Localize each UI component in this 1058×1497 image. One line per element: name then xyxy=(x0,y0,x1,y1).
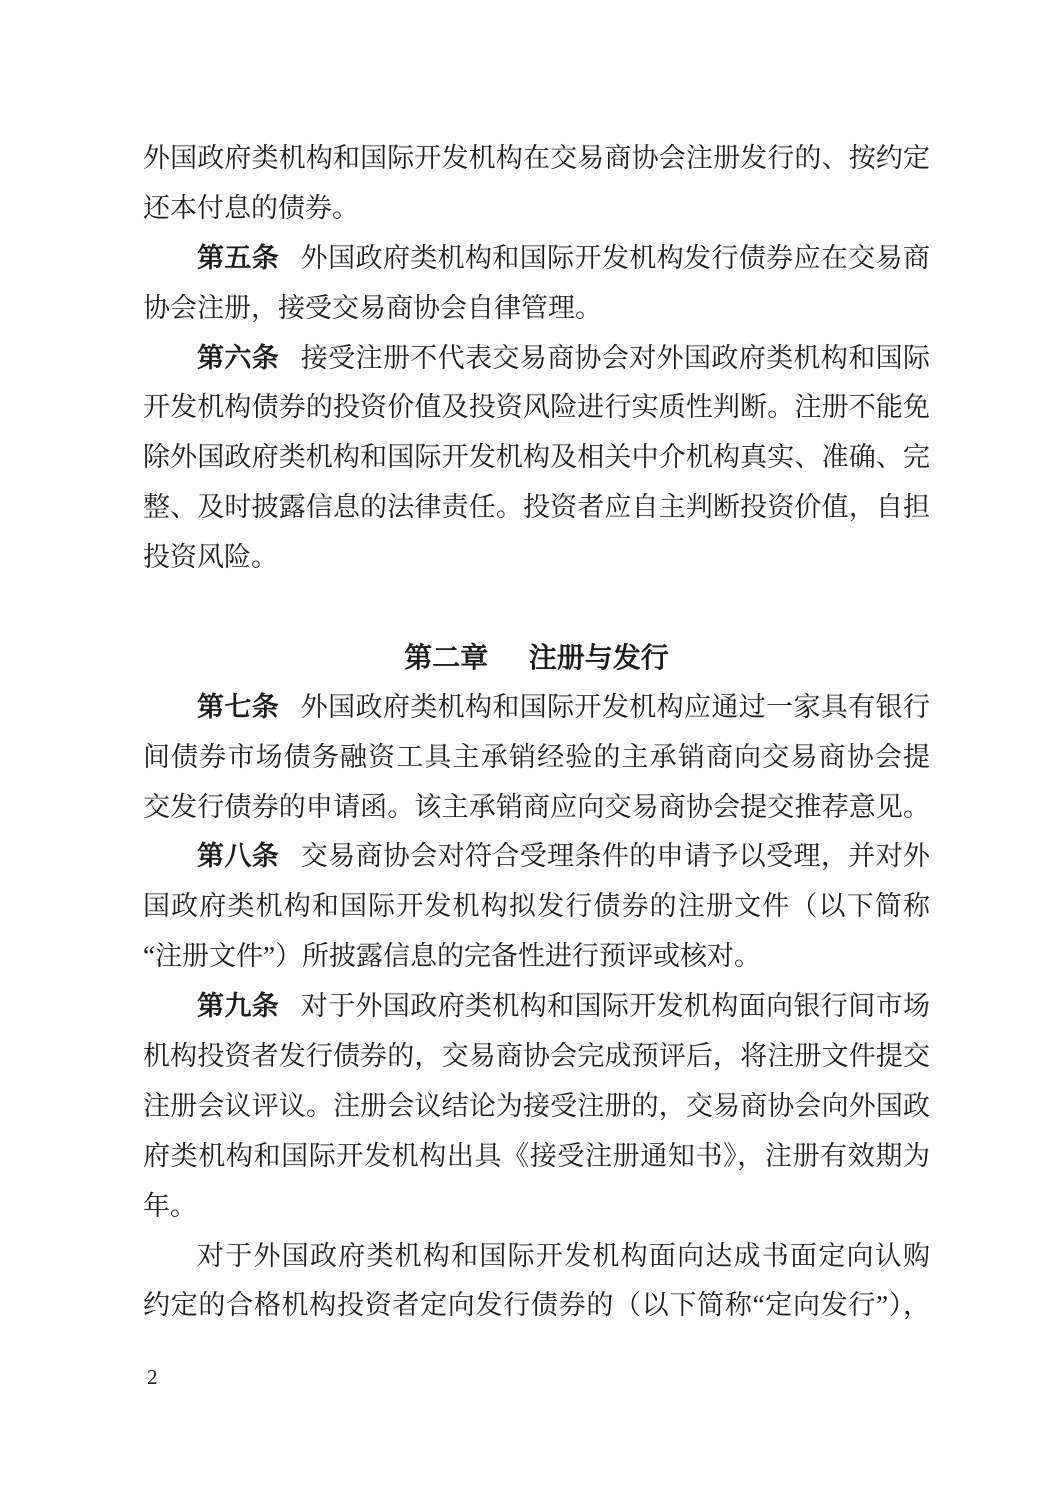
line-text: “注册文件”）所披露信息的完备性进行预评或核对。 xyxy=(143,941,761,971)
line-text: 交易商协会对符合受理条件的申请予以受理，并对外 xyxy=(301,841,930,871)
text-line: 机构投资者发行债券的，交易商协会完成预评后，将注册文件提交 xyxy=(143,1032,930,1082)
article-number: 第八条 xyxy=(197,841,279,871)
text-line: 除外国政府类机构和国际开发机构及相关中介机构真实、准确、完 xyxy=(143,433,930,483)
text-line: 投资风险。 xyxy=(143,533,930,583)
line-text: 协会注册，接受交易商协会自律管理。 xyxy=(143,293,602,323)
chapter-title: 注册与发行 xyxy=(529,642,669,673)
text-line: 还本付息的债券。 xyxy=(143,184,930,234)
line-text: 注册会议评议。注册会议结论为接受注册的，交易商协会向外国政 xyxy=(143,1091,930,1121)
blank-line xyxy=(143,583,930,633)
line-text: 外国政府类机构和国际开发机构应通过一家具有银行 xyxy=(301,692,930,722)
article-number: 第五条 xyxy=(197,243,279,273)
line-text: 除外国政府类机构和国际开发机构及相关中介机构真实、准确、完 xyxy=(143,442,930,472)
line-text: 外国政府类机构和国际开发机构发行债券应在交易商 xyxy=(301,243,930,273)
line-text: 约定的合格机构投资者定向发行债券的（以下简称“定向发行”）， xyxy=(143,1290,930,1320)
text-line: 注册会议评议。注册会议结论为接受注册的，交易商协会向外国政 xyxy=(143,1082,930,1132)
line-text: 交发行债券的申请函。该主承销商应向交易商协会提交推荐意见。 xyxy=(143,792,930,822)
chapter-heading: 第二章注册与发行 xyxy=(143,633,930,683)
line-text: 府类机构和国际开发机构出具《接受注册通知书》，注册有效期为 2 xyxy=(143,1141,930,1182)
line-text: 整、及时披露信息的法律责任。投资者应自主判断投资价值，自担 xyxy=(143,492,930,522)
line-text: 接受注册不代表交易商协会对外国政府类机构和国际 xyxy=(301,343,930,373)
document-content: 外国政府类机构和国际开发机构在交易商协会注册发行的、按约定还本付息的债券。第五条… xyxy=(143,134,930,1331)
text-line: 第五条外国政府类机构和国际开发机构发行债券应在交易商 xyxy=(143,234,930,284)
page-number: 2 xyxy=(147,1362,158,1392)
text-line: 国政府类机构和国际开发机构拟发行债券的注册文件（以下简称 xyxy=(143,882,930,932)
text-line: 第七条外国政府类机构和国际开发机构应通过一家具有银行 xyxy=(143,683,930,733)
line-text: 外国政府类机构和国际开发机构在交易商协会注册发行的、按约定 xyxy=(143,143,930,173)
text-line: 第八条交易商协会对符合受理条件的申请予以受理，并对外 xyxy=(143,832,930,882)
text-line: “注册文件”）所披露信息的完备性进行预评或核对。 xyxy=(143,932,930,982)
text-line: 交发行债券的申请函。该主承销商应向交易商协会提交推荐意见。 xyxy=(143,783,930,833)
line-text: 年。 xyxy=(143,1191,197,1221)
document-page: { "page": { "number": "2", "background_c… xyxy=(0,0,1058,1497)
text-line: 开发机构债券的投资价值及投资风险进行实质性判断。注册不能免 xyxy=(143,383,930,433)
article-number: 第六条 xyxy=(197,343,279,373)
line-text: 国政府类机构和国际开发机构拟发行债券的注册文件（以下简称 xyxy=(143,891,930,921)
line-text: 对于外国政府类机构和国际开发机构面向银行间市场 xyxy=(301,991,930,1021)
line-text: 间债券市场债务融资工具主承销经验的主承销商向交易商协会提 xyxy=(143,742,930,772)
text-line: 府类机构和国际开发机构出具《接受注册通知书》，注册有效期为 2 xyxy=(143,1132,930,1182)
page: 外国政府类机构和国际开发机构在交易商协会注册发行的、按约定还本付息的债券。第五条… xyxy=(0,0,1058,1497)
text-line: 外国政府类机构和国际开发机构在交易商协会注册发行的、按约定 xyxy=(143,134,930,184)
chapter-number: 第二章 xyxy=(404,642,488,673)
text-line: 间债券市场债务融资工具主承销经验的主承销商向交易商协会提 xyxy=(143,733,930,783)
text-line: 协会注册，接受交易商协会自律管理。 xyxy=(143,284,930,334)
article-number: 第七条 xyxy=(197,692,279,722)
text-line: 约定的合格机构投资者定向发行债券的（以下简称“定向发行”）， xyxy=(143,1281,930,1331)
line-text: 开发机构债券的投资价值及投资风险进行实质性判断。注册不能免 xyxy=(143,392,930,422)
line-text: 对于外国政府类机构和国际开发机构面向达成书面定向认购 xyxy=(197,1241,930,1271)
text-line: 对于外国政府类机构和国际开发机构面向达成书面定向认购 xyxy=(143,1232,930,1282)
line-text: 机构投资者发行债券的，交易商协会完成预评后，将注册文件提交 xyxy=(143,1041,930,1071)
line-text: 投资风险。 xyxy=(143,542,278,572)
line-text: 还本付息的债券。 xyxy=(143,193,359,223)
text-line: 年。 xyxy=(143,1182,930,1232)
text-line: 第六条接受注册不代表交易商协会对外国政府类机构和国际 xyxy=(143,334,930,384)
text-line: 第九条对于外国政府类机构和国际开发机构面向银行间市场 xyxy=(143,982,930,1032)
article-number: 第九条 xyxy=(197,991,279,1021)
text-line: 整、及时披露信息的法律责任。投资者应自主判断投资价值，自担 xyxy=(143,483,930,533)
